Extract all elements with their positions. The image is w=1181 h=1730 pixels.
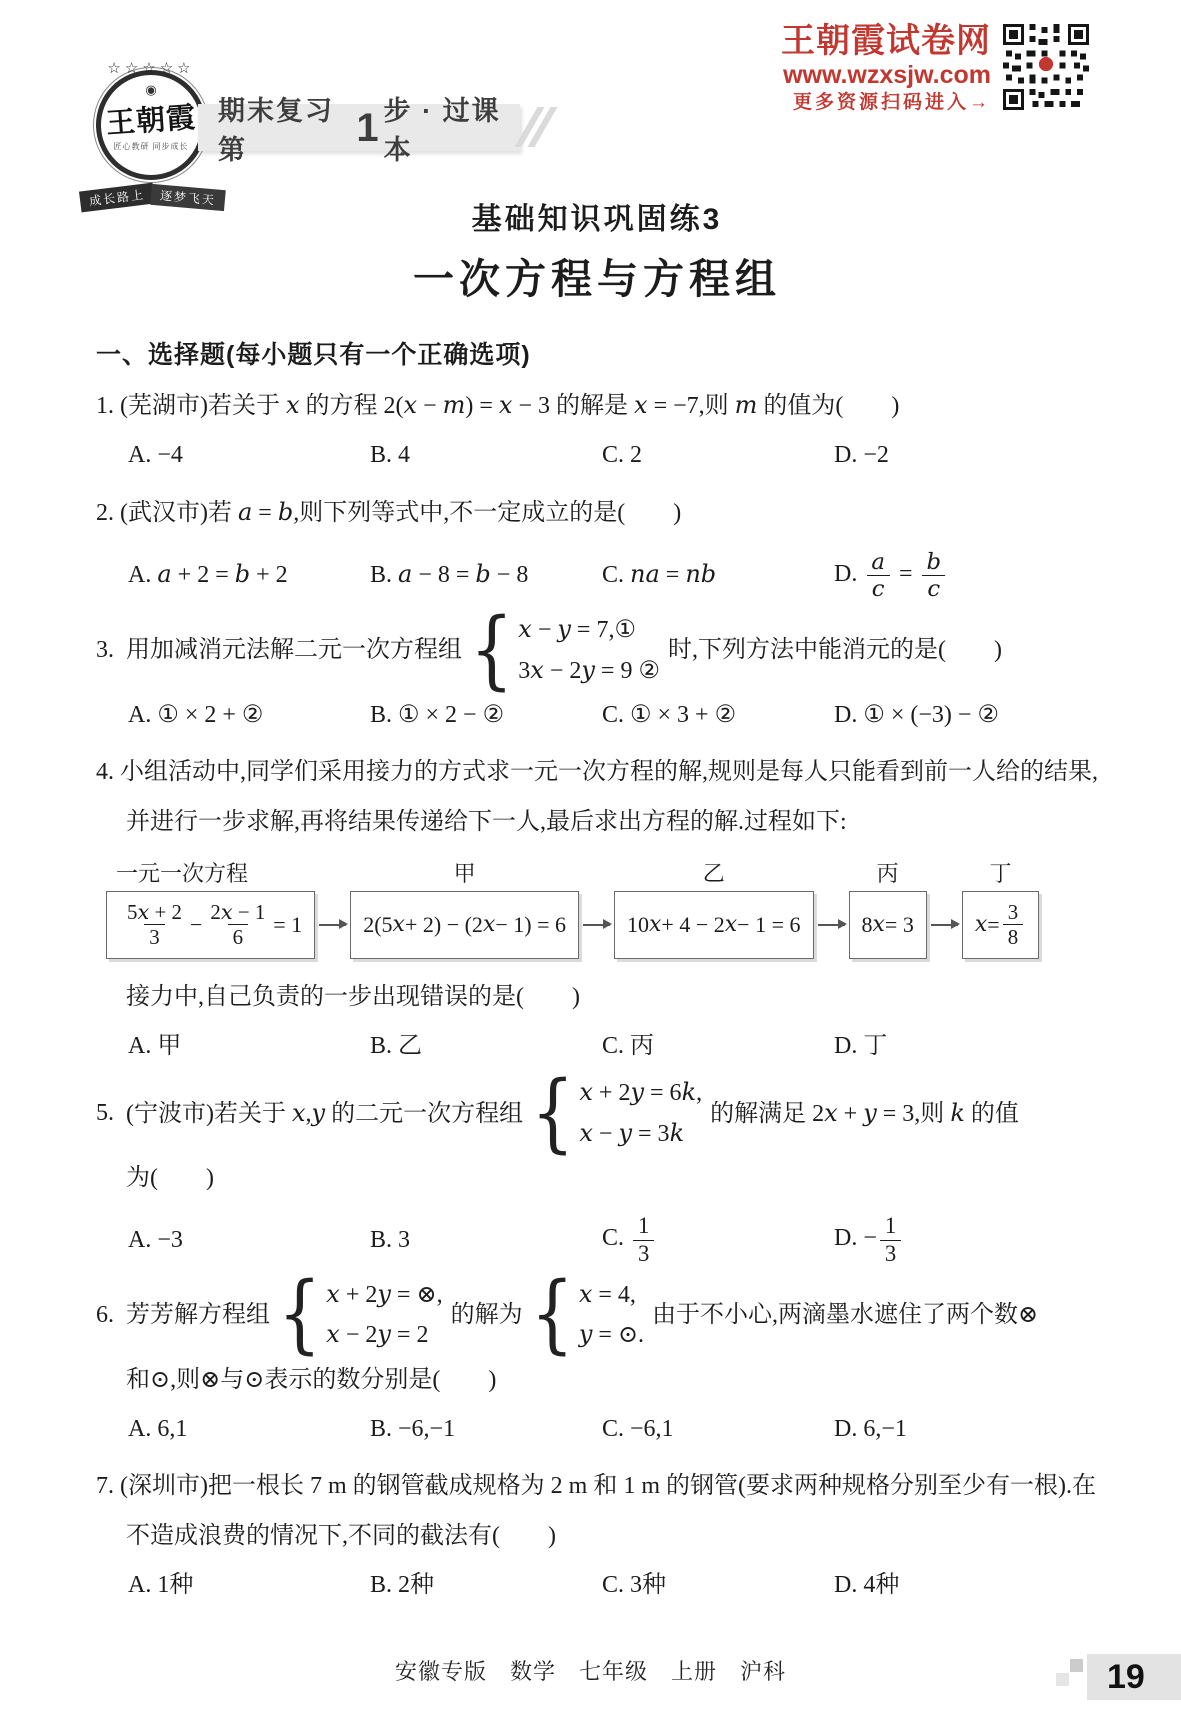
page-decoration-square: [1056, 1673, 1069, 1686]
question-5-options: A. −3 B. 3 C. 13 D. −13: [96, 1213, 1098, 1266]
question-3-stem: 3. 用加减消元法解二元一次方程组 { x − y = 7,① 3x − 2y …: [96, 616, 1098, 685]
equation-1: x = 4,: [579, 1281, 644, 1310]
question-4-stem: 4.小组活动中,同学们采用接力的方式求一元一次方程的解,规则是每人只能看到前一人…: [96, 748, 1098, 846]
footer-edition-info: 安徽专版 数学 七年级 上册 沪科: [0, 1655, 1181, 1686]
question-text: 由于不小心,两滴墨水遮住了两个数⊗: [652, 1300, 1038, 1331]
question-4-options: A. 甲 B. 乙 C. 丙 D. 丁: [96, 1022, 1098, 1071]
site-tagline: 更多资源扫码进入→: [691, 92, 991, 114]
course-title: 基础知识巩固练3: [96, 194, 1098, 238]
question-2: 2.(武汉市)若 a = b,则下列等式中,不一定成立的是( ) A. a + …: [96, 488, 1098, 602]
flow-step-3: 丙 8x = 3: [849, 891, 927, 959]
flow-box: 2(5x + 2) − (2x − 1) = 6: [350, 891, 579, 959]
flow-box: 5x + 23 − 2x − 16 = 1: [106, 891, 315, 959]
flow-step-2: 乙 10x + 4 − 2x − 1 = 6: [614, 891, 814, 959]
banner-suffix: 步 · 过课本: [384, 89, 520, 167]
site-block: 王朝霞试卷网 www.wzxsjw.com 更多资源扫码进入→: [691, 22, 991, 114]
question-6: 6. 芳芳解方程组 { x + 2y = ⊗, x − 2y = 2 的解为 {…: [96, 1281, 1098, 1455]
question-5: 5. (宁波市)若关于 x,y 的二元一次方程组 { x + 2y = 6k, …: [96, 1079, 1098, 1267]
question-text: 的解满足 2x + y = 3,则 k 的值: [710, 1098, 1019, 1130]
option-c: C. 2: [602, 431, 834, 480]
question-number: 6.: [96, 1300, 126, 1331]
option-b: B. 3: [370, 1225, 602, 1256]
equation-system: { x + 2y = 6k, x − y = 3k: [531, 1079, 702, 1148]
question-3-options: A. ① × 2 + ② B. ① × 2 − ② C. ① × 3 + ② D…: [96, 691, 1098, 740]
equation-1: x + 2y = ⊗,: [326, 1281, 442, 1310]
option-d: D. 6,−1: [834, 1405, 1098, 1454]
question-text: (武汉市)若 a = b,则下列等式中,不一定成立的是( ): [120, 500, 681, 526]
question-number: 2.: [96, 500, 120, 526]
banner-prefix: 期末复习第: [218, 89, 353, 167]
option-d: D. ac = bc: [834, 549, 1098, 602]
site-name: 王朝霞试卷网: [691, 22, 991, 61]
flow-step-4: 丁 x = 38: [962, 891, 1039, 959]
question-2-options: A. a + 2 = b + 2 B. a − 8 = b − 8 C. na …: [96, 549, 1098, 602]
question-text: (芜湖市)若关于 x 的方程 2(x − m) = x − 3 的解是 x = …: [120, 393, 899, 419]
option-d: D. 4种: [834, 1561, 1098, 1610]
question-text: 时,下列方法中能消元的是( ): [668, 635, 1002, 666]
option-b: B. 2种: [370, 1561, 602, 1610]
flow-box: x = 38: [962, 891, 1039, 959]
equation-2: 3x − 2y = 9 ②: [518, 657, 660, 686]
question-number: 5.: [96, 1098, 126, 1129]
flow-step-0: 一元一次方程 5x + 23 − 2x − 16 = 1: [106, 891, 315, 959]
equation-1: x + 2y = 6k,: [579, 1079, 702, 1108]
relay-flow-diagram: 一元一次方程 5x + 23 − 2x − 16 = 1 甲 2(5x + 2)…: [96, 891, 1098, 959]
question-1-options: A. −4 B. 4 C. 2 D. −2: [96, 431, 1098, 480]
option-d: D. 丁: [834, 1022, 1098, 1071]
option-a: A. −3: [128, 1225, 370, 1256]
question-number: 4.: [96, 759, 120, 785]
equation-2: x − 2y = 2: [326, 1321, 442, 1350]
equation-1: x − y = 7,①: [518, 616, 660, 645]
question-3: 3. 用加减消元法解二元一次方程组 { x − y = 7,① 3x − 2y …: [96, 616, 1098, 740]
site-url: www.wzxsjw.com: [691, 61, 991, 90]
page-number: 19: [1087, 1654, 1181, 1700]
question-number: 1.: [96, 393, 120, 419]
option-c: C. na = nb: [602, 559, 834, 591]
option-b: B. −6,−1: [370, 1405, 602, 1454]
equation-2: x − y = 3k: [579, 1120, 702, 1149]
section-heading: 一、选择题(每小题只有一个正确选项): [96, 335, 1098, 371]
equation-system-2: { x = 4, y = ⊙.: [531, 1281, 644, 1350]
question-number: 7.: [96, 1473, 120, 1499]
question-text: 的解为: [451, 1300, 523, 1331]
option-b: B. a − 8 = b − 8: [370, 559, 602, 591]
option-c: C. ① × 3 + ②: [602, 691, 834, 740]
question-7: 7.(深圳市)把一根长 7 m 的钢管截成规格为 2 m 和 1 m 的钢管(要…: [96, 1462, 1098, 1610]
question-text: (宁波市)若关于 x,y 的二元一次方程组: [126, 1098, 523, 1130]
arrow-right-icon: [818, 924, 845, 926]
brace-icon: {: [531, 1071, 574, 1156]
question-text: 用加减消元法解二元一次方程组: [126, 635, 462, 666]
option-b: B. 4: [370, 431, 602, 480]
portrait-icon: ◉: [101, 83, 201, 96]
page-title: 一次方程与方程组: [96, 246, 1098, 305]
question-6-stem: 6. 芳芳解方程组 { x + 2y = ⊗, x − 2y = 2 的解为 {…: [96, 1281, 1098, 1350]
option-d: D. −2: [834, 431, 1098, 480]
flow-box: 10x + 4 − 2x − 1 = 6: [614, 891, 814, 959]
logo-circle: ☆☆☆☆☆ ◉ 王朝霞 匠心教研 同步成长: [96, 70, 206, 180]
brace-icon: {: [531, 1273, 574, 1358]
arrow-right-icon: [583, 924, 610, 926]
brace-icon: {: [278, 1273, 321, 1358]
stars-icon: ☆☆☆☆☆: [107, 59, 194, 78]
page-decoration-square: [1070, 1659, 1083, 1672]
option-d: D. −13: [834, 1213, 1098, 1266]
flow-label: 一元一次方程: [116, 857, 248, 888]
brace-icon: {: [470, 608, 513, 693]
arrow-right-icon: [319, 924, 346, 926]
question-6-line2: 和⊙,则⊗与⊙表示的数分别是( ): [96, 1356, 1098, 1405]
question-1-stem: 1.(芜湖市)若关于 x 的方程 2(x − m) = x − 3 的解是 x …: [96, 381, 1098, 431]
option-d: D. ① × (−3) − ②: [834, 691, 1098, 740]
question-text: 小组活动中,同学们采用接力的方式求一元一次方程的解,规则是每人只能看到前一人给的…: [120, 759, 1098, 834]
question-2-stem: 2.(武汉市)若 a = b,则下列等式中,不一定成立的是( ): [96, 488, 1098, 538]
option-c: C. −6,1: [602, 1405, 834, 1454]
flow-label: 乙: [703, 857, 725, 888]
option-a: A. ① × 2 + ②: [128, 691, 370, 740]
equation-system-1: { x + 2y = ⊗, x − 2y = 2: [278, 1281, 443, 1350]
question-1: 1.(芜湖市)若关于 x 的方程 2(x − m) = x − 3 的解是 x …: [96, 381, 1098, 480]
question-4-followup: 接力中,自己负责的一步出现错误的是( ): [96, 973, 1098, 1022]
equation-2: y = ⊙.: [579, 1321, 644, 1350]
question-5-stem: 5. (宁波市)若关于 x,y 的二元一次方程组 { x + 2y = 6k, …: [96, 1079, 1098, 1148]
option-c: C. 3种: [602, 1561, 834, 1610]
option-a: A. 6,1: [128, 1405, 370, 1454]
worksheet-content: 基础知识巩固练3 一次方程与方程组 一、选择题(每小题只有一个正确选项) 1.(…: [96, 182, 1098, 1618]
question-5-line2: 为( ): [96, 1154, 1098, 1203]
flow-label: 甲: [454, 857, 476, 888]
arrow-right-icon: [931, 924, 958, 926]
question-7-options: A. 1种 B. 2种 C. 3种 D. 4种: [96, 1561, 1098, 1610]
question-7-stem: 7.(深圳市)把一根长 7 m 的钢管截成规格为 2 m 和 1 m 的钢管(要…: [96, 1462, 1098, 1560]
flow-label: 丁: [989, 857, 1011, 888]
question-4: 4.小组活动中,同学们采用接力的方式求一元一次方程的解,规则是每人只能看到前一人…: [96, 748, 1098, 1071]
question-text: 芳芳解方程组: [126, 1300, 270, 1331]
option-c: C. 丙: [602, 1022, 834, 1071]
banner-step-number: 1: [356, 108, 380, 148]
option-a: A. −4: [128, 431, 370, 480]
option-c: C. 13: [602, 1213, 834, 1266]
equation-system: { x − y = 7,① 3x − 2y = 9 ②: [470, 616, 660, 685]
worksheet-page: ☆☆☆☆☆ ◉ 王朝霞 匠心教研 同步成长 成长路上 逐梦飞天 期末复习第 1 …: [0, 0, 1181, 1730]
option-a: A. 1种: [128, 1561, 370, 1610]
qr-code-icon: [1003, 24, 1089, 110]
option-a: A. a + 2 = b + 2: [128, 559, 370, 591]
flow-label: 丙: [877, 857, 899, 888]
logo-subtitle: 匠心教研 同步成长: [101, 141, 201, 152]
option-a: A. 甲: [128, 1022, 370, 1071]
chapter-banner: 期末复习第 1 步 · 过课本: [198, 104, 520, 151]
flow-step-1: 甲 2(5x + 2) − (2x − 1) = 6: [350, 891, 579, 959]
question-text: (深圳市)把一根长 7 m 的钢管截成规格为 2 m 和 1 m 的钢管(要求两…: [120, 1473, 1096, 1548]
flow-box: 8x = 3: [849, 891, 927, 959]
question-number: 3.: [96, 635, 126, 666]
question-6-options: A. 6,1 B. −6,−1 C. −6,1 D. 6,−1: [96, 1405, 1098, 1454]
logo-title: 王朝霞: [100, 95, 203, 143]
banner-slashes: [526, 107, 546, 147]
